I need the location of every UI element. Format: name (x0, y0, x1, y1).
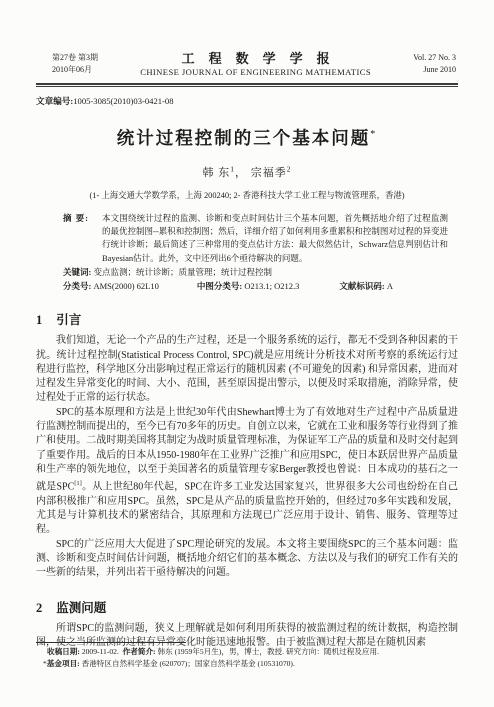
section-1-heading: 1引言 (36, 310, 458, 328)
footnote-area: 收稿日期: 2009-11-02. 作者简介: 韩东 (1959年5月生)，男，… (36, 642, 458, 669)
section-1-paragraph-2: SPC的基本原理和方法是上世纪30年代由Shewhart博士为了有效地对生产过程… (36, 406, 458, 538)
header-volume-cn: 第27卷 第3期 2010年06月 (36, 52, 98, 76)
footnote-received-bio: 收稿日期: 2009-11-02. 作者简介: 韩东 (1959年5月生)，男，… (36, 646, 458, 658)
article-id-label: 文章编号: (36, 96, 73, 106)
section-1-paragraph-3: SPC的广泛应用大大促进了SPC理论研究的发展。本文将主要围绕SPC的三个基本问… (36, 538, 458, 581)
abstract-text: 本文围绕统计过程的监测、诊断和变点时间估计三个基本问题，首先概括地介绍了过程监测… (102, 212, 448, 265)
section-2-number: 2 (36, 601, 42, 615)
author-separator: ， (235, 167, 251, 179)
meta-block: 摘 要: 本文围绕统计过程的监测、诊断和变点时间估计三个基本问题，首先概括地介绍… (63, 212, 448, 293)
ams-label: 分类号: (63, 280, 91, 293)
article-id-value: 1005-3085(2010)03-0421-08 (73, 96, 173, 106)
received-date-value: 2009-11-02. (82, 647, 119, 656)
header-volume-en: Vol. 27 No. 3 June 2010 (413, 52, 458, 76)
keywords-label: 关键词: (63, 267, 91, 277)
received-date-label: 收稿日期: (47, 647, 80, 656)
date-cn: 2010年06月 (52, 64, 98, 76)
funding-value: 香港特区自然科学基金 (620707)；国家自然科学基金 (10531070). (82, 659, 295, 668)
footnote-rule (36, 642, 186, 643)
keywords-text: 变点监测；统计诊断；质量管理；统计过程控制 (93, 267, 272, 277)
keywords-line: 关键词: 变点监测；统计诊断；质量管理；统计过程控制 (63, 266, 448, 279)
reference-mark-1: [1] (74, 480, 82, 487)
classification-line: 分类号: AMS(2000) 62L10 中图分类号: O213.1; O212… (63, 280, 448, 293)
doccode-label: 文献标识码: (339, 280, 384, 293)
doccode-value: A (387, 280, 393, 293)
s1-p2-text-b: 。从上世纪80年代起，SPC在许多工业发达国家复兴，世界很多大公司也纷纷在自己内… (36, 482, 458, 536)
date-en: June 2010 (413, 64, 456, 76)
header-double-rule (36, 83, 458, 87)
affiliation-line: (1- 上海交通大学数学系，上海 200240; 2- 香港科技大学工业工程与物… (36, 189, 458, 201)
author-1: 韩 东 (203, 167, 231, 179)
section-2-title: 监测问题 (56, 601, 106, 615)
funding-label: 基金项目: (47, 659, 80, 668)
journal-title-cn: 工程数学学报 (98, 52, 413, 66)
title-footnote-mark: * (370, 129, 377, 140)
clc-label: 中图分类号: (197, 280, 242, 293)
journal-header: 第27卷 第3期 2010年06月 工程数学学报 CHINESE JOURNAL… (36, 52, 458, 78)
paper-title-text: 统计过程控制的三个基本问题 (117, 128, 371, 148)
section-1-number: 1 (36, 313, 42, 327)
ams-value: AMS(2000) 62L10 (93, 280, 158, 293)
section-1-paragraph-1: 我们知道，无论一个产品的生产过程，还是一个服务系统的运行，都无不受到各种因素的干… (36, 334, 458, 405)
paper-title: 统计过程控制的三个基本问题* (36, 125, 458, 150)
author-line: 韩 东1， 宗福季2 (36, 164, 458, 180)
author-2: 宗福季 (251, 167, 287, 179)
clc-value: O213.1; O212.3 (244, 280, 299, 293)
author-2-sup: 2 (287, 164, 292, 173)
section-1-title: 引言 (56, 313, 81, 327)
footnote-funding: *基金项目: 香港特区自然科学基金 (620707)；国家自然科学基金 (105… (36, 658, 458, 670)
paper-page: 第27卷 第3期 2010年06月 工程数学学报 CHINESE JOURNAL… (0, 0, 494, 707)
author-bio-value: 韩东 (1959年5月生)，男，博士，教授. 研究方向：随机过程及应用. (157, 647, 378, 656)
volume-issue-cn: 第27卷 第3期 (52, 52, 98, 64)
s1-p2-text-a: SPC的基本原理和方法是上世纪30年代由Shewhart博士为了有效地对生产过程… (36, 407, 458, 493)
section-2-heading: 2监测问题 (36, 598, 458, 616)
abstract-label: 摘 要: (63, 212, 102, 265)
author-bio-label: 作者简介: (123, 647, 156, 656)
journal-title-block: 工程数学学报 CHINESE JOURNAL OF ENGINEERING MA… (98, 52, 413, 78)
article-id-line: 文章编号:1005-3085(2010)03-0421-08 (36, 95, 458, 107)
volume-issue-en: Vol. 27 No. 3 (413, 52, 456, 64)
abstract: 摘 要: 本文围绕统计过程的监测、诊断和变点时间估计三个基本问题，首先概括地介绍… (63, 212, 448, 265)
journal-title-en: CHINESE JOURNAL OF ENGINEERING MATHEMATI… (98, 66, 413, 78)
